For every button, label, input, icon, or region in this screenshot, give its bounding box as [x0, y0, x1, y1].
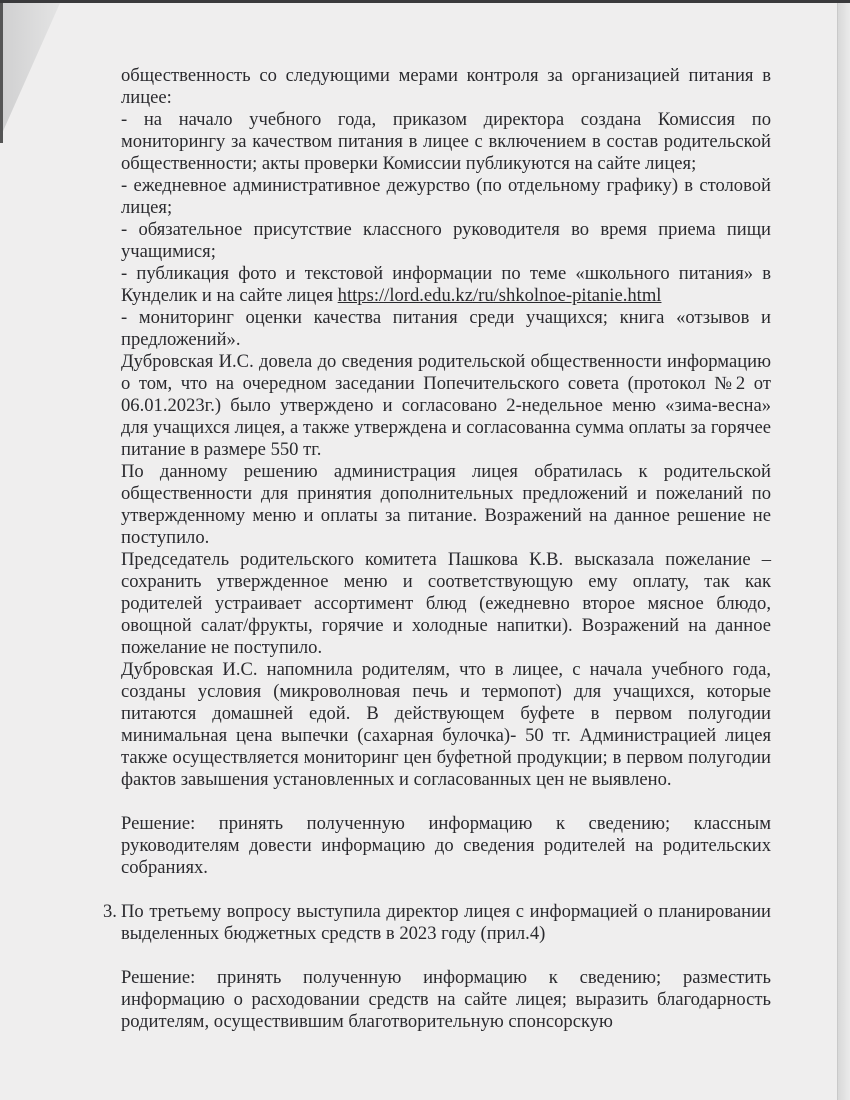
item-number: 3.: [103, 901, 117, 923]
agenda-item-3-text: По третьему вопросу выступила директор л…: [121, 901, 771, 945]
paragraph-committee-chair: Председатель родительского комитета Пашк…: [121, 549, 771, 659]
agenda-item-3: 3. По третьему вопросу выступила директо…: [121, 901, 771, 945]
spacer: [121, 879, 771, 901]
school-meals-link[interactable]: https://lord.edu.kz/ru/shkolnoe-pitanie.…: [338, 285, 662, 306]
scan-edge: [0, 3, 3, 143]
scanned-page: общественность со следующими мерами конт…: [0, 3, 842, 1100]
decision-item-2: Решение: принять полученную информацию к…: [121, 813, 771, 879]
bullet-monitoring: - мониторинг оценки качества питания сре…: [121, 307, 771, 351]
document-body: общественность со следующими мерами конт…: [121, 65, 771, 1033]
bullet-duty: - ежедневное административное дежурство …: [121, 175, 771, 219]
paragraph-intro: общественность со следующими мерами конт…: [121, 65, 771, 109]
spacer: [121, 945, 771, 967]
page-fold-shadow: [0, 3, 60, 143]
paragraph-menu-approval: Дубровская И.С. довела до сведения родит…: [121, 351, 771, 461]
spacer: [121, 791, 771, 813]
scan-right-edge: [837, 3, 850, 1100]
bullet-commission: - на начало учебного года, приказом дире…: [121, 109, 771, 175]
bullet-publication: - публикация фото и текстовой информации…: [121, 263, 771, 307]
paragraph-buffet: Дубровская И.С. напомнила родителям, что…: [121, 659, 771, 791]
bullet-teacher-presence: - обязательное присутствие классного рук…: [121, 219, 771, 263]
paragraph-admin-request: По данному решению администрация лицея о…: [121, 461, 771, 549]
decision-item-3: Решение: принять полученную информацию к…: [121, 967, 771, 1033]
